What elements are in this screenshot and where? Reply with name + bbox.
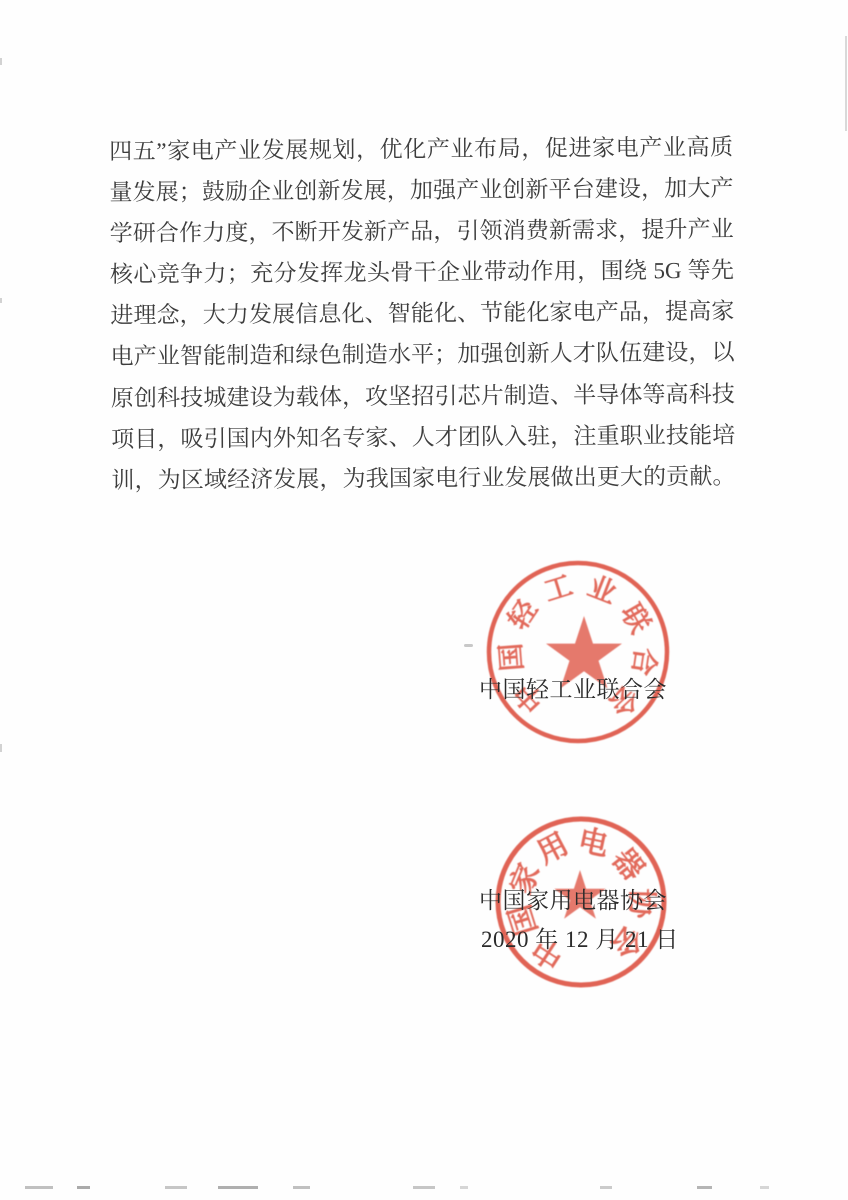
body-line: 电产业智能制造和绿色制造水平；加强创新人才队伍建设，以 (110, 332, 734, 377)
scan-artifact-segment (413, 1186, 435, 1189)
scan-artifact-segment (25, 1186, 53, 1189)
scan-artifact-segment (760, 1186, 769, 1189)
seal-light-industry-council: 中国轻工业联合会 (458, 532, 698, 772)
seal-arc-char: 联 (614, 599, 656, 639)
scan-artifact-segment (697, 1186, 712, 1189)
body-line: 学研合作力度，不断开发新产品，引领消费新需求，提升产业 (110, 209, 734, 254)
scan-smudge (464, 644, 473, 647)
scan-edge-tick (0, 744, 2, 752)
signature-org-household-appliances-association: 中国家用电器协会 (479, 882, 667, 915)
body-line: 核心竞争力；充分发挥龙头骨干企业带动作用，围绕 5G 等先 (110, 250, 734, 295)
seal-arc-char: 国 (495, 642, 529, 672)
scan-artifact-segment (600, 1186, 612, 1189)
seal-arc-char: 业 (583, 570, 621, 610)
body-line: 训，为区域经济发展，为我国家电行业发展做出更大的贡献。 (111, 455, 735, 500)
scan-artifact-segment (293, 1186, 310, 1189)
seal-arc-char: 工 (541, 570, 577, 608)
signature-org-light-industry-council: 中国轻工业联合会 (479, 671, 667, 704)
scan-edge-line (845, 36, 847, 131)
body-line: 进理念，大力发展信息化、智能化、节能化家电产品，提高家 (110, 291, 734, 336)
seal-arc-char: 用 (532, 827, 574, 870)
signature-date: 2020 年 12 月 21 日 (481, 921, 679, 954)
body-paragraph: 四五”家电产业发展规划，优化产业布局，促进家电产业高质量发展；鼓励企业创新发展，… (109, 127, 736, 501)
scan-edge-tick (0, 298, 2, 303)
body-line: 四五”家电产业发展规划，优化产业布局，促进家电产业高质 (109, 127, 733, 172)
body-line: 原创科技城建设为载体，攻坚招引芯片制造、半导体等高科技 (111, 373, 735, 418)
body-line: 量发展；鼓励企业创新发展，加强产业创新平台建设，加大产 (109, 168, 733, 213)
scan-artifact-segment (218, 1186, 258, 1189)
scan-artifact-segment (460, 1186, 468, 1189)
seal-arc-char: 电 (575, 824, 611, 862)
scanned-document-page: 四五”家电产业发展规划，优化产业布局，促进家电产业高质量发展；鼓励企业创新发展，… (0, 0, 848, 1200)
scan-artifact-segment (165, 1186, 187, 1189)
body-line: 项目，吸引国内外知名专家、人才团队入驻，注重职业技能培 (111, 414, 735, 459)
scan-artifact-segment (77, 1186, 90, 1189)
scan-edge-tick (0, 58, 2, 65)
